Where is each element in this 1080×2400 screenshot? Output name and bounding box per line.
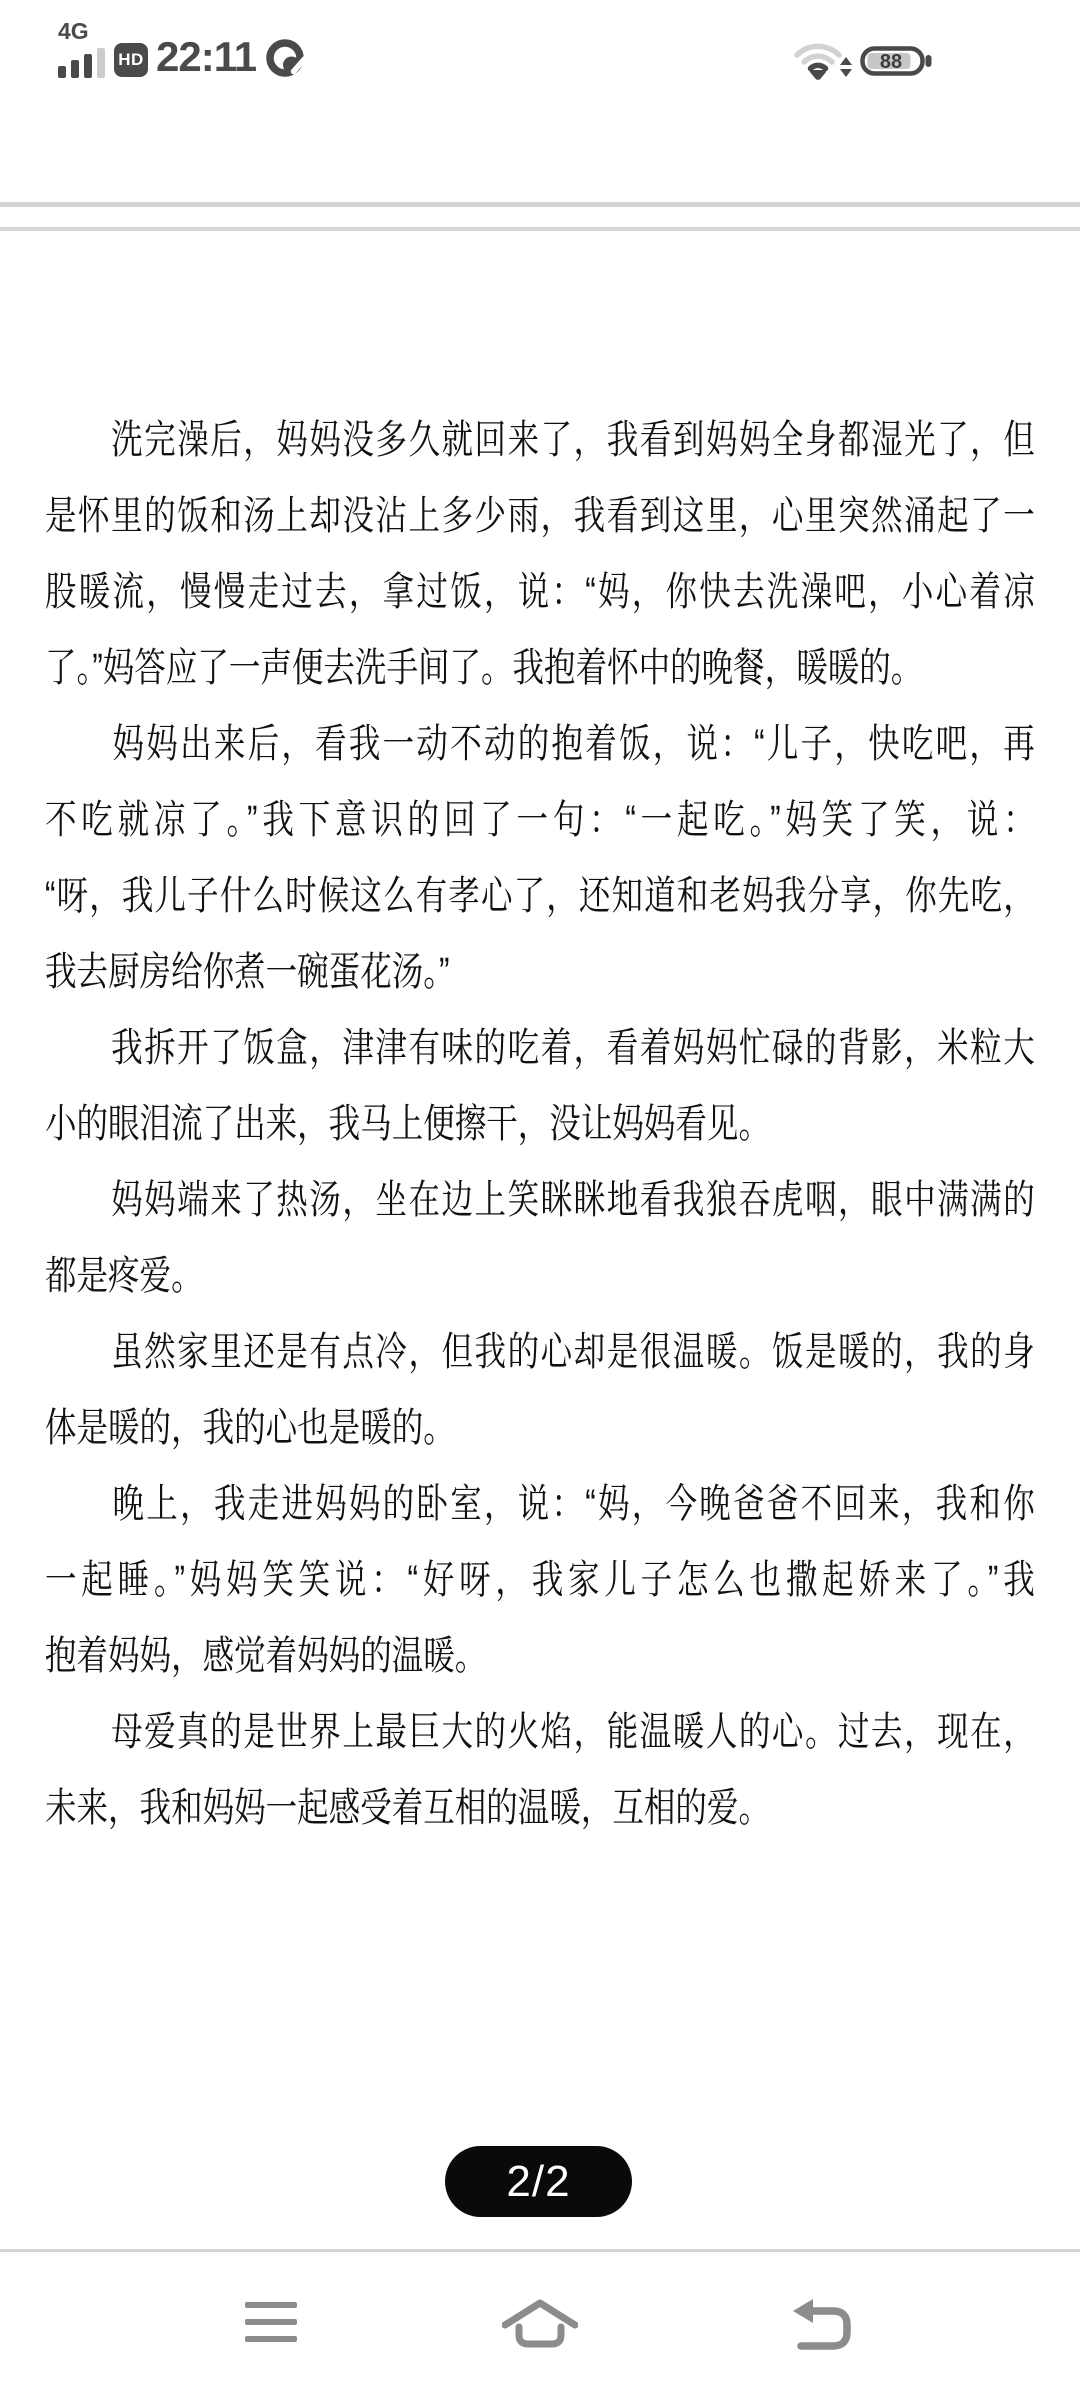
hd-badge-label: HD bbox=[118, 50, 144, 70]
navigation-bar bbox=[0, 2252, 1080, 2400]
back-icon bbox=[785, 2291, 855, 2353]
text-line: 都是疼爱。 bbox=[45, 1238, 1035, 1314]
page-indicator-label: 2/2 bbox=[506, 2157, 570, 2207]
text-line: 母爱真的是世界上最巨大的火焰，能温暖人的心。过去，现在， bbox=[45, 1694, 1035, 1770]
menu-icon bbox=[245, 2299, 297, 2345]
document-page[interactable]: 洗完澡后，妈妈没多久就回来了，我看到妈妈全身都湿光了，但是怀里的饭和汤上却没沾上… bbox=[45, 402, 1035, 1846]
text-line: 体是暖的，我的心也是暖的。 bbox=[45, 1390, 1035, 1466]
text-line: 妈妈出来后，看我一动不动的抱着饭，说：“儿子，快吃吧，再 bbox=[45, 706, 1035, 782]
text-line: 我拆开了饭盒，津津有味的吃着，看着妈妈忙碌的背影，米粒大 bbox=[45, 1010, 1035, 1086]
battery-icon: 88 bbox=[860, 46, 936, 76]
text-line: 我去厨房给你煮一碗蛋花汤。” bbox=[45, 934, 1035, 1010]
text-line: 未来，我和妈妈一起感受着互相的温暖，互相的爱。 bbox=[45, 1770, 1035, 1846]
text-line: 了。”妈答应了一声便去洗手间了。我抱着怀中的晚餐，暖暖的。 bbox=[45, 630, 1035, 706]
cellular-signal-icon bbox=[56, 44, 108, 78]
page-indicator: 2/2 bbox=[445, 2146, 632, 2217]
text-line: 小的眼泪流了出来，我马上便擦干，没让妈妈看见。 bbox=[45, 1086, 1035, 1162]
text-line: 是怀里的饭和汤上却没沾上多少雨，我看到这里，心里突然涌起了一 bbox=[45, 478, 1035, 554]
text-line: 虽然家里还是有点冷，但我的心却是很温暖。饭是暖的，我的身 bbox=[45, 1314, 1035, 1390]
text-line: 洗完澡后，妈妈没多久就回来了，我看到妈妈全身都湿光了，但 bbox=[45, 402, 1035, 478]
recents-button[interactable] bbox=[161, 2252, 381, 2392]
network-type-label: 4G bbox=[58, 20, 89, 43]
hd-badge: HD bbox=[114, 43, 148, 77]
quark-notification-icon bbox=[264, 38, 306, 80]
page-edge-line-bottom bbox=[0, 227, 1080, 231]
text-line: 妈妈端来了热汤，坐在边上笑眯眯地看我狼吞虎咽，眼中满满的 bbox=[45, 1162, 1035, 1238]
text-line: 一起睡。”妈妈笑笑说：“好呀，我家儿子怎么也撒起娇来了。”我 bbox=[45, 1542, 1035, 1618]
text-line: 不吃就凉了。”我下意识的回了一句：“一起吃。”妈笑了笑，说： bbox=[45, 782, 1035, 858]
status-bar: 4G HD 22:11 88 bbox=[0, 0, 1080, 110]
wifi-icon bbox=[792, 40, 844, 80]
text-line: 股暖流，慢慢走过去，拿过饭，说：“妈，你快去洗澡吧，小心着凉 bbox=[45, 554, 1035, 630]
status-clock: 22:11 bbox=[156, 36, 256, 78]
text-line: 晚上，我走进妈妈的卧室，说：“妈，今晚爸爸不回来，我和你 bbox=[45, 1466, 1035, 1542]
back-button[interactable] bbox=[710, 2252, 930, 2392]
battery-percent-label: 88 bbox=[880, 51, 902, 73]
text-line: “呀，我儿子什么时候这么有孝心了，还知道和老妈我分享，你先吃， bbox=[45, 858, 1035, 934]
page-edge-line-top bbox=[0, 202, 1080, 207]
text-line: 抱着妈妈，感觉着妈妈的温暖。 bbox=[45, 1618, 1035, 1694]
wifi-activity-arrows-icon bbox=[840, 56, 852, 78]
home-icon bbox=[502, 2295, 578, 2349]
home-button[interactable] bbox=[430, 2252, 650, 2392]
